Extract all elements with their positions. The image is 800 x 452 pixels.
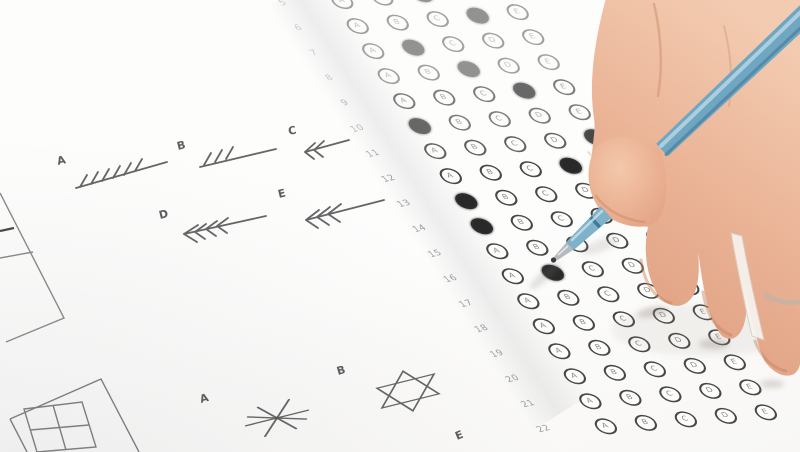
photo-canvas: A B C D E A B E 5ABCDE6ABCDE7ABCDE8ABCDE… bbox=[0, 0, 800, 452]
pen-tip-assembly bbox=[551, 206, 612, 263]
hand-and-pen-layer bbox=[0, 0, 800, 452]
pen-point bbox=[551, 257, 556, 262]
